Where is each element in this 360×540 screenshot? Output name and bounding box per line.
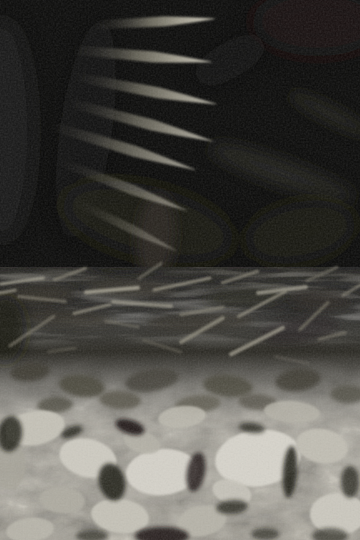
photo-collage bbox=[0, 0, 360, 540]
collage-canvas bbox=[0, 0, 360, 540]
film-grain-overlay bbox=[0, 0, 360, 540]
